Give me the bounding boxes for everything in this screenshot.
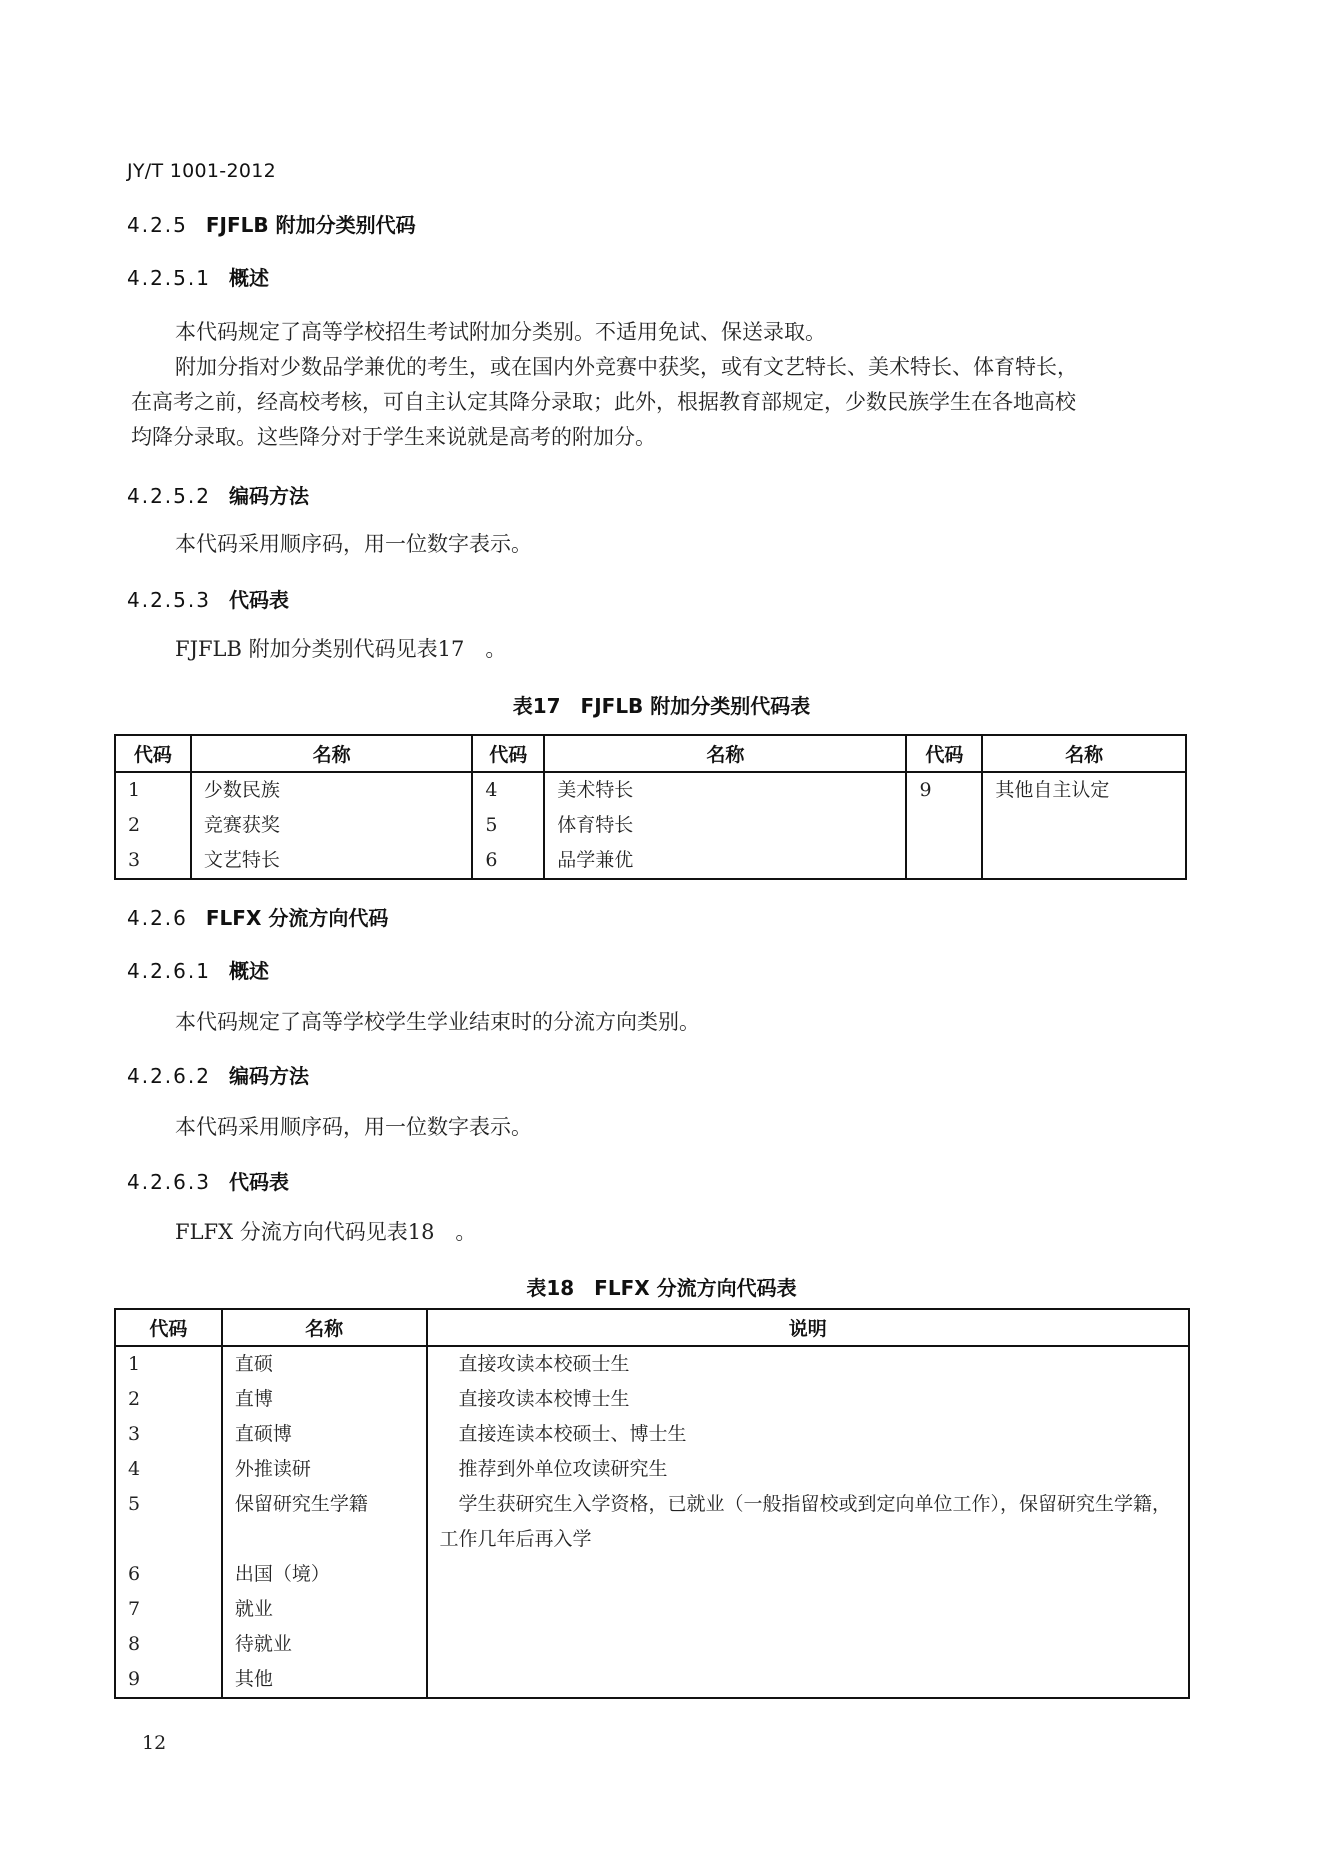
name-cell bbox=[982, 843, 1186, 879]
description-cell: 直接连读本校硕士、博士生 bbox=[427, 1417, 1189, 1452]
name-cell: 品学兼优 bbox=[544, 843, 906, 879]
description-cell bbox=[427, 1662, 1189, 1698]
code-cell: 1 bbox=[115, 772, 191, 808]
table-row: 9 其他 bbox=[115, 1662, 1189, 1698]
code-cell bbox=[906, 808, 982, 843]
name-cell: 直硕 bbox=[222, 1346, 427, 1382]
table-row: 3 直硕博 直接连读本校硕士、博士生 bbox=[115, 1417, 1189, 1452]
description-cell bbox=[427, 1627, 1189, 1662]
section-heading-4-2-5-3: 4.2.5.3代码表 bbox=[127, 584, 289, 613]
name-cell: 竞赛获奖 bbox=[191, 808, 472, 843]
name-cell: 外推读研 bbox=[222, 1452, 427, 1487]
code-cell: 5 bbox=[115, 1487, 222, 1557]
section-number: 4.2.5.2 bbox=[127, 484, 211, 508]
column-header: 名称 bbox=[982, 735, 1186, 772]
section-heading-4-2-6: 4.2.6FLFX 分流方向代码 bbox=[127, 902, 388, 931]
column-header: 代码 bbox=[472, 735, 544, 772]
description-cell: 学生获研究生入学资格，已就业（一般指留校或到定向单位工作），保留研究生学籍，工作… bbox=[427, 1487, 1189, 1557]
code-cell: 3 bbox=[115, 843, 191, 879]
paragraph: 本代码采用顺序码，用一位数字表示。 bbox=[175, 1110, 532, 1145]
section-heading-4-2-5: 4.2.5FJFLB 附加分类别代码 bbox=[127, 209, 416, 238]
table-row: 5 保留研究生学籍 学生获研究生入学资格，已就业（一般指留校或到定向单位工作），… bbox=[115, 1487, 1189, 1557]
table-row: 6 出国（境） bbox=[115, 1557, 1189, 1592]
section-title: 代码表 bbox=[229, 1170, 289, 1194]
table-row: 7 就业 bbox=[115, 1592, 1189, 1627]
section-heading-4-2-5-2: 4.2.5.2编码方法 bbox=[127, 480, 309, 509]
column-header: 说明 bbox=[427, 1309, 1189, 1346]
name-cell: 出国（境） bbox=[222, 1557, 427, 1592]
column-header: 代码 bbox=[115, 735, 191, 772]
section-heading-4-2-6-3: 4.2.6.3代码表 bbox=[127, 1166, 289, 1195]
name-cell: 其他 bbox=[222, 1662, 427, 1698]
code-cell: 7 bbox=[115, 1592, 222, 1627]
code-cell: 6 bbox=[115, 1557, 222, 1592]
code-cell: 9 bbox=[115, 1662, 222, 1698]
name-cell: 就业 bbox=[222, 1592, 427, 1627]
column-header: 名称 bbox=[544, 735, 906, 772]
section-number: 4.2.6.3 bbox=[127, 1170, 211, 1194]
section-number: 4.2.5 bbox=[127, 213, 188, 237]
page-number: 12 bbox=[142, 1732, 166, 1754]
paragraph: 附加分指对少数品学兼优的考生，或在国内外竞赛中获奖，或有文艺特长、美术特长、体育… bbox=[175, 350, 1078, 385]
paragraph: FLFX 分流方向代码见表18 。 bbox=[175, 1215, 476, 1250]
section-number: 4.2.5.3 bbox=[127, 588, 211, 612]
column-header: 代码 bbox=[906, 735, 982, 772]
section-title: FJFLB 附加分类别代码 bbox=[206, 213, 416, 237]
section-heading-4-2-6-2: 4.2.6.2编码方法 bbox=[127, 1060, 309, 1089]
description-cell: 直接攻读本校博士生 bbox=[427, 1382, 1189, 1417]
section-title: 概述 bbox=[229, 959, 269, 983]
table-row: 1 直硕 直接攻读本校硕士生 bbox=[115, 1346, 1189, 1382]
standard-code-header: JY/T 1001-2012 bbox=[127, 160, 276, 182]
section-title: 编码方法 bbox=[229, 484, 309, 508]
code-cell: 4 bbox=[115, 1452, 222, 1487]
table-row: 3 文艺特长 6 品学兼优 bbox=[115, 843, 1186, 879]
table-row: 8 待就业 bbox=[115, 1627, 1189, 1662]
code-cell bbox=[906, 843, 982, 879]
name-cell: 直硕博 bbox=[222, 1417, 427, 1452]
paragraph: 本代码规定了高等学校学生学业结束时的分流方向类别。 bbox=[175, 1005, 700, 1040]
table-row: 4 外推读研 推荐到外单位攻读研究生 bbox=[115, 1452, 1189, 1487]
name-cell: 保留研究生学籍 bbox=[222, 1487, 427, 1557]
column-header: 名称 bbox=[222, 1309, 427, 1346]
section-title: FLFX 分流方向代码 bbox=[206, 906, 388, 930]
section-number: 4.2.6.2 bbox=[127, 1064, 211, 1088]
name-cell: 体育特长 bbox=[544, 808, 906, 843]
section-heading-4-2-6-1: 4.2.6.1概述 bbox=[127, 955, 269, 984]
code-cell: 9 bbox=[906, 772, 982, 808]
name-cell: 其他自主认定 bbox=[982, 772, 1186, 808]
table-row: 2 直博 直接攻读本校博士生 bbox=[115, 1382, 1189, 1417]
document-page: JY/T 1001-2012 4.2.5FJFLB 附加分类别代码 4.2.5.… bbox=[0, 0, 1323, 1871]
section-title: 编码方法 bbox=[229, 1064, 309, 1088]
section-number: 4.2.6.1 bbox=[127, 959, 211, 983]
name-cell: 直博 bbox=[222, 1382, 427, 1417]
column-header: 代码 bbox=[115, 1309, 222, 1346]
description-cell bbox=[427, 1557, 1189, 1592]
name-cell bbox=[982, 808, 1186, 843]
paragraph: 均降分录取。这些降分对于学生来说就是高考的附加分。 bbox=[131, 420, 656, 455]
code-cell: 5 bbox=[472, 808, 544, 843]
name-cell: 美术特长 bbox=[544, 772, 906, 808]
table-18: 代码 名称 说明 1 直硕 直接攻读本校硕士生 2 直博 直接攻读本校博士生 3… bbox=[114, 1308, 1190, 1699]
section-heading-4-2-5-1: 4.2.5.1概述 bbox=[127, 262, 269, 291]
code-cell: 4 bbox=[472, 772, 544, 808]
code-cell: 8 bbox=[115, 1627, 222, 1662]
table-header-row: 代码 名称 代码 名称 代码 名称 bbox=[115, 735, 1186, 772]
name-cell: 文艺特长 bbox=[191, 843, 472, 879]
code-cell: 3 bbox=[115, 1417, 222, 1452]
table-header-row: 代码 名称 说明 bbox=[115, 1309, 1189, 1346]
section-title: 概述 bbox=[229, 266, 269, 290]
description-cell: 推荐到外单位攻读研究生 bbox=[427, 1452, 1189, 1487]
code-cell: 2 bbox=[115, 1382, 222, 1417]
section-title: 代码表 bbox=[229, 588, 289, 612]
code-cell: 1 bbox=[115, 1346, 222, 1382]
description-cell: 直接攻读本校硕士生 bbox=[427, 1346, 1189, 1382]
paragraph: 在高考之前，经高校考核，可自主认定其降分录取；此外，根据教育部规定，少数民族学生… bbox=[131, 385, 1076, 420]
paragraph: 本代码规定了高等学校招生考试附加分类别。不适用免试、保送录取。 bbox=[175, 315, 826, 350]
table-row: 2 竞赛获奖 5 体育特长 bbox=[115, 808, 1186, 843]
name-cell: 少数民族 bbox=[191, 772, 472, 808]
paragraph: FJFLB 附加分类别代码见表17 。 bbox=[175, 632, 506, 667]
table-row: 1 少数民族 4 美术特长 9 其他自主认定 bbox=[115, 772, 1186, 808]
column-header: 名称 bbox=[191, 735, 472, 772]
name-cell: 待就业 bbox=[222, 1627, 427, 1662]
table-caption: 表17 FJFLB 附加分类别代码表 bbox=[0, 690, 1323, 719]
code-cell: 6 bbox=[472, 843, 544, 879]
table-caption: 表18 FLFX 分流方向代码表 bbox=[0, 1272, 1323, 1301]
section-number: 4.2.6 bbox=[127, 906, 188, 930]
table-17: 代码 名称 代码 名称 代码 名称 1 少数民族 4 美术特长 9 其他自主认定… bbox=[114, 734, 1187, 880]
code-cell: 2 bbox=[115, 808, 191, 843]
paragraph: 本代码采用顺序码，用一位数字表示。 bbox=[175, 527, 532, 562]
section-number: 4.2.5.1 bbox=[127, 266, 211, 290]
description-cell bbox=[427, 1592, 1189, 1627]
